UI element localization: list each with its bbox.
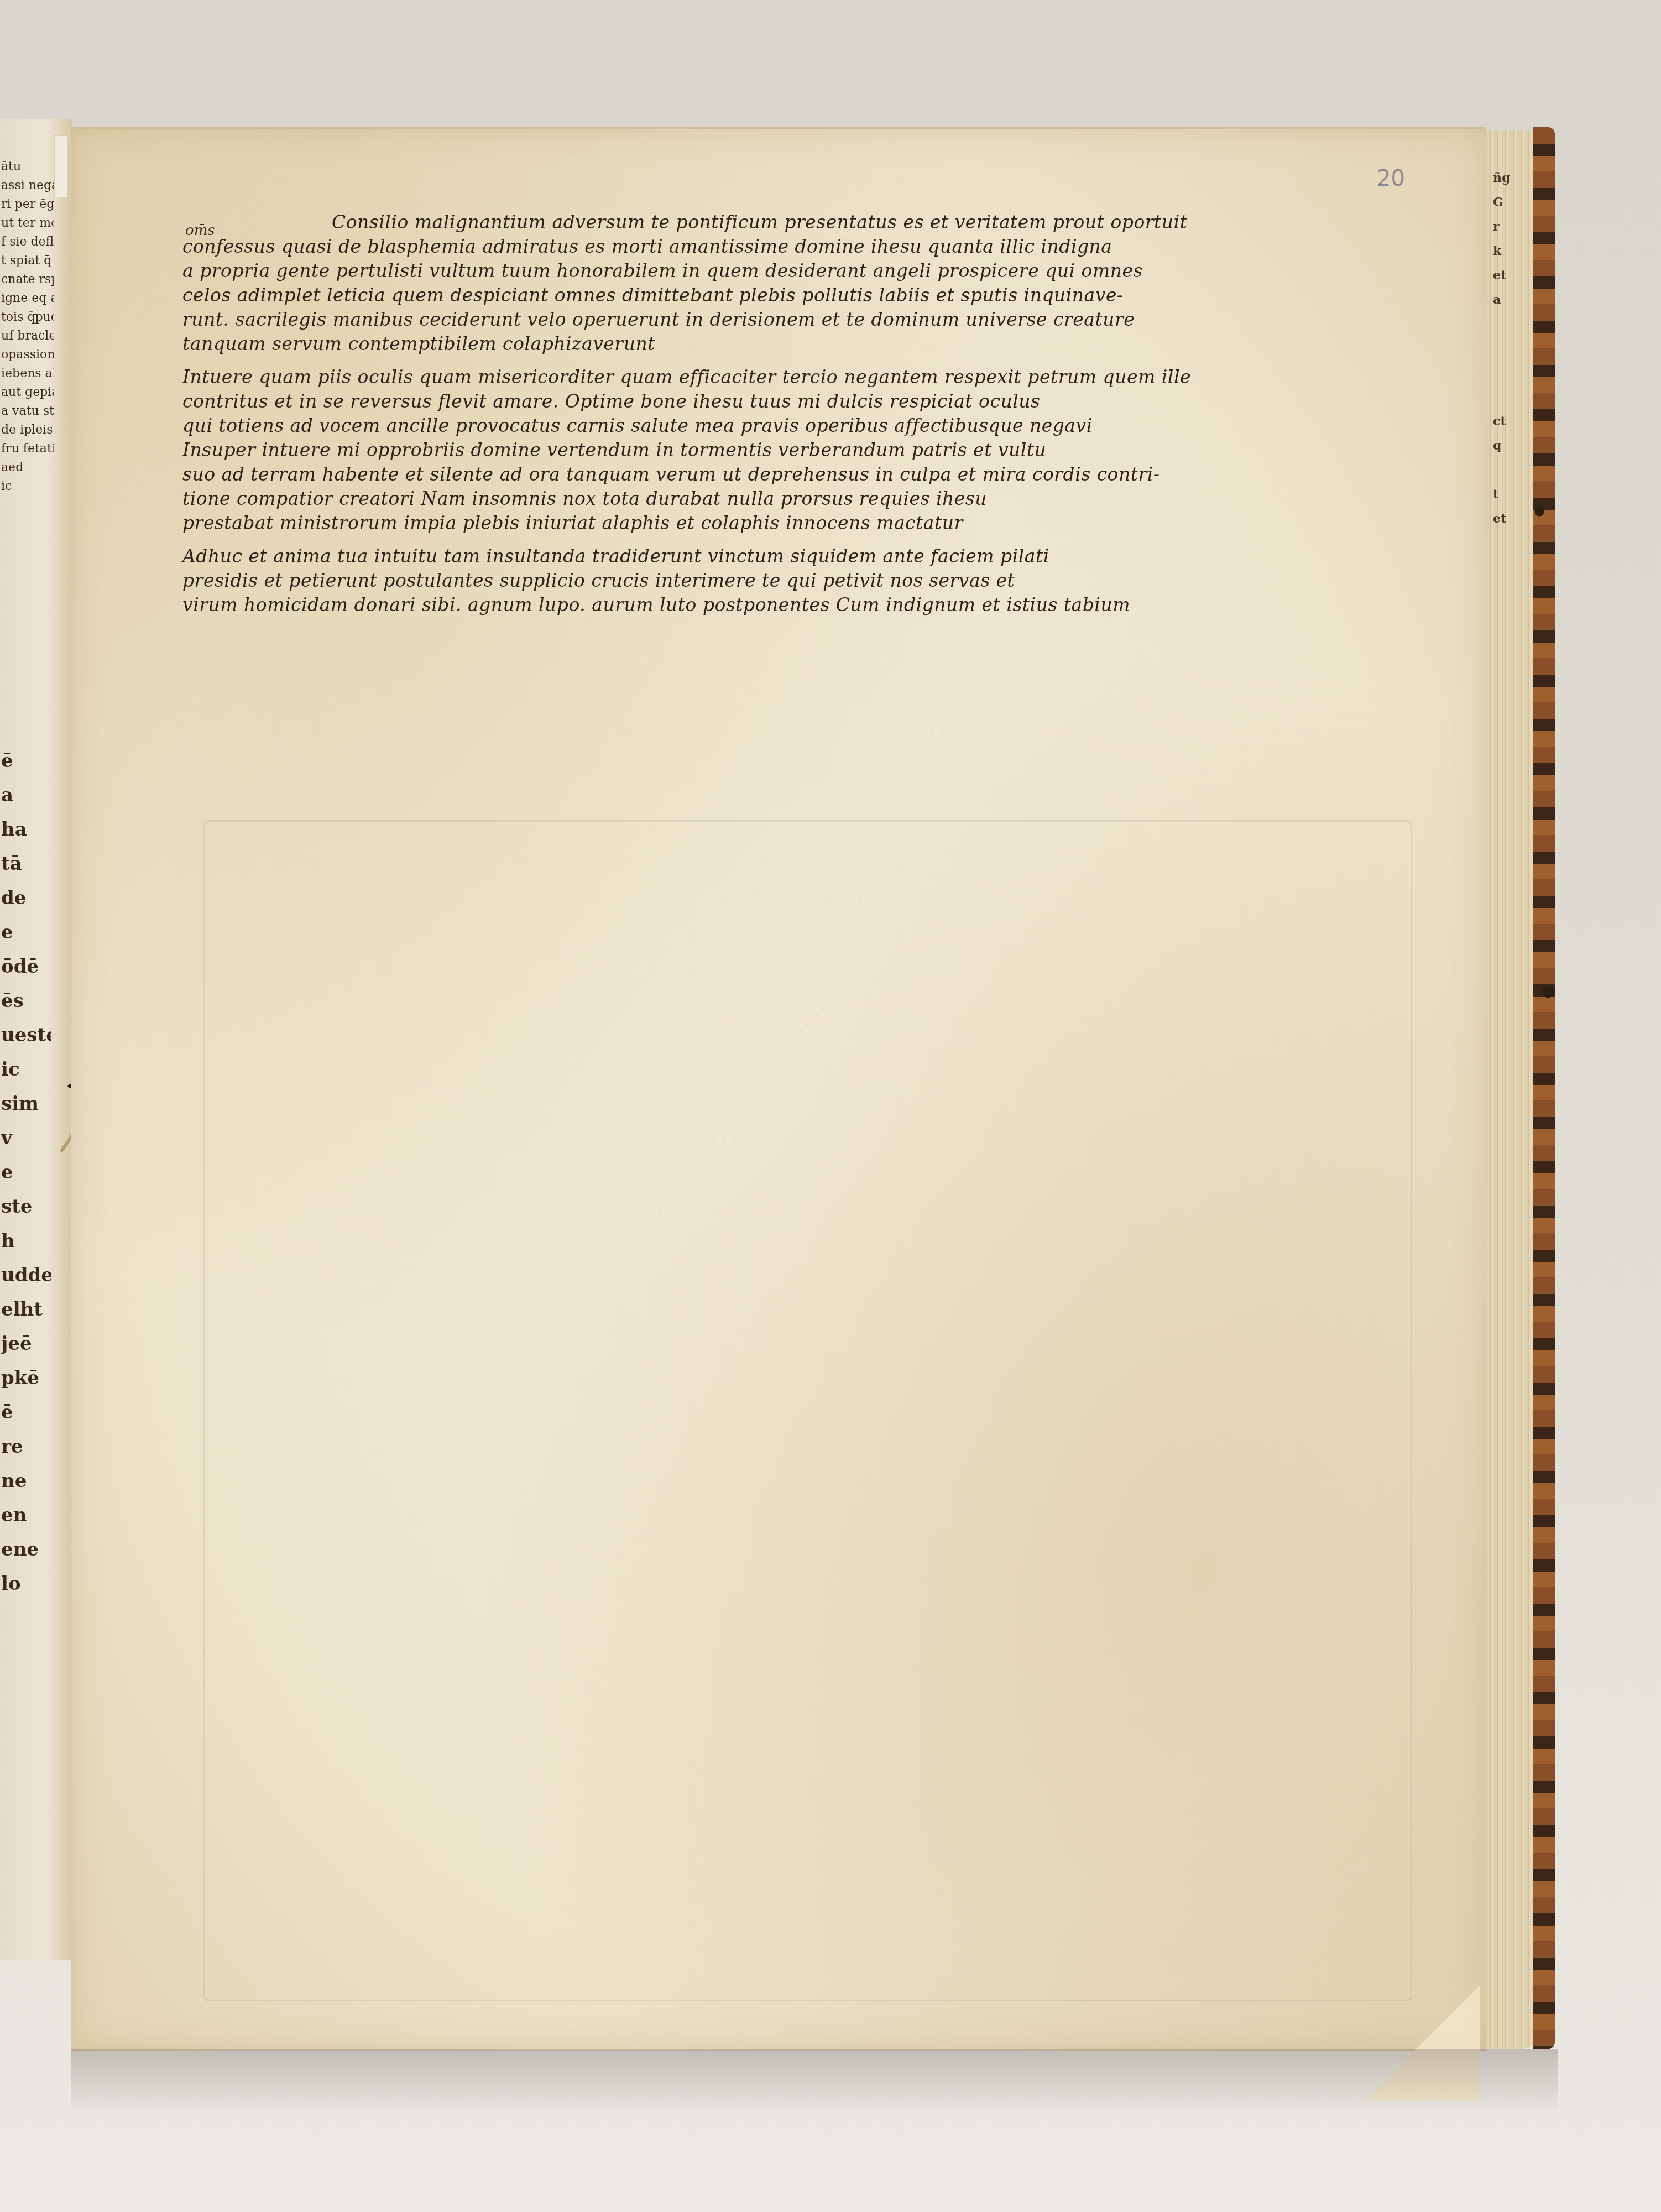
fore-edge-line [1493, 361, 1521, 385]
left-text-line: e [1, 915, 51, 950]
left-text-line: ri per ēg debe [1, 195, 54, 214]
text-line: tione compatior creatori Nam insomnis no… [182, 487, 1415, 511]
left-text-line: t spiat q̄ petru [1, 252, 54, 270]
fore-edge-line: q [1493, 434, 1521, 458]
left-text-line: uddelt [1, 1258, 51, 1292]
gutter-strip [55, 119, 72, 1960]
text-line: presidis et petierunt postulantes suppli… [182, 568, 1415, 593]
text-line: runt. sacrilegis manibus ceciderunt velo… [182, 307, 1415, 332]
text-line: celos adimplet leticia quem despiciant o… [182, 283, 1415, 307]
left-text-line: a vatu stelebs [1, 402, 54, 421]
left-text-line: ātu [1, 158, 54, 176]
left-text-line: ōdē [1, 950, 51, 984]
left-text-line: ueste [1, 1018, 51, 1052]
fore-edge-line [1493, 385, 1521, 409]
left-text-line: aed [1, 458, 54, 477]
left-text-line: aut gepiatq̄ nuper [1, 383, 54, 402]
left-text-line: re [1, 1430, 51, 1464]
text-line: Adhuc et anima tua intuitu tam insultand… [182, 544, 1415, 568]
left-text-line: ic [1, 1052, 51, 1087]
left-text-line: elht [1, 1292, 51, 1327]
fore-edge-line: k [1493, 239, 1521, 263]
folio-number: 20 [1377, 166, 1405, 191]
left-text-line: e [1, 1155, 51, 1190]
left-text-line: assi negat tuis [1, 176, 54, 195]
text-line: contritus et in se reversus flevit amare… [182, 389, 1415, 414]
left-text-line: ste [1, 1190, 51, 1224]
fore-edge-line: et [1493, 263, 1521, 288]
left-text-line: h [1, 1224, 51, 1258]
left-text-line: v [1, 1121, 51, 1155]
left-text-line: iebens absitha [1, 364, 54, 383]
leather-cover-edge [1533, 127, 1555, 2049]
fore-edge-line: ñg [1493, 166, 1521, 190]
left-text-line: ene [1, 1532, 51, 1567]
paragraph-3: Adhuc et anima tua intuitu tam insultand… [182, 544, 1415, 617]
text-line: suo ad terram habente et silente ad ora … [182, 462, 1415, 487]
left-text-line: opassionis ad x [1, 346, 54, 364]
text-line: qui totiens ad vocem ancille provocatus … [182, 414, 1415, 438]
fore-edge-line: a [1493, 288, 1521, 312]
left-text-line: ic [1, 477, 54, 496]
left-text-line: sim [1, 1087, 51, 1121]
left-text-line: f sie defles si qui [1, 233, 54, 252]
text-line: Consilio malignantium adversum te pontif… [182, 210, 1415, 234]
left-text-line: ē [1, 1395, 51, 1430]
fore-edge-text: ñg G r k et a ct q t et [1493, 166, 1521, 531]
fore-edge-line: r [1493, 215, 1521, 239]
text-line: tanquam servum contemptibilem colaphizav… [182, 332, 1415, 356]
left-text-line: fru fetatis [1, 440, 54, 458]
left-text-line: a [1, 778, 51, 812]
left-text-line: lo [1, 1567, 51, 1601]
binding-paper-tab [54, 135, 67, 197]
manuscript-text-block: Consilio malignantium adversum te pontif… [182, 210, 1415, 617]
left-text-line: de ipleis pico [1, 421, 54, 440]
left-text-line: ēs [1, 984, 51, 1018]
text-line: Insuper intuere mi opprobriis domine ver… [182, 438, 1415, 462]
text-line: confessus quasi de blasphemia admiratus … [182, 234, 1415, 259]
left-text-line: tois q̄pucts [1, 308, 54, 327]
fore-edge-line [1493, 336, 1521, 361]
left-verso-page-edge: ātu assi negat tuis ri per ēg debe ut te… [0, 119, 67, 1960]
left-text-line: tā [1, 847, 51, 881]
text-line: prestabat ministrorum impia plebis iniur… [182, 511, 1415, 535]
left-text-line: de [1, 881, 51, 915]
left-text-line: ē [1, 744, 51, 778]
text-line: virum homicidam donari sibi. agnum lupo.… [182, 593, 1415, 617]
text-line: a propria gente pertulisti vultum tuum h… [182, 259, 1415, 283]
fore-edge-line: t [1493, 482, 1521, 507]
left-text-line: pkē [1, 1361, 51, 1395]
left-text-line: cnate rspegit [1, 270, 54, 289]
fore-edge-line: ct [1493, 409, 1521, 434]
paragraph-1: Consilio malignantium adversum te pontif… [182, 210, 1415, 356]
left-text-line: ut ter mo mais [1, 214, 54, 233]
book-shadow [71, 2049, 1558, 2115]
show-through-illustration-frame [203, 820, 1412, 2001]
fore-edge-line: G [1493, 190, 1521, 215]
left-text-line: igne eq amaiin [1, 289, 54, 308]
left-text-line: ne [1, 1464, 51, 1498]
fore-edge-line: et [1493, 507, 1521, 531]
left-page-text-lower: ē a ha tā de e ōdē ēs ueste ic sim v e s… [1, 744, 51, 1601]
left-text-line: en [1, 1498, 51, 1532]
fore-edge-line [1493, 312, 1521, 336]
fore-edge-line [1493, 458, 1521, 482]
left-page-text-upper: ātu assi negat tuis ri per ēg debe ut te… [1, 158, 54, 496]
text-line: Intuere quam piis oculis quam misericord… [182, 365, 1415, 389]
paragraph-2: Intuere quam piis oculis quam misericord… [182, 365, 1415, 535]
left-text-line: ha [1, 812, 51, 847]
left-text-line: jeē [1, 1327, 51, 1361]
left-text-line: uf bracle ptet [1, 327, 54, 346]
